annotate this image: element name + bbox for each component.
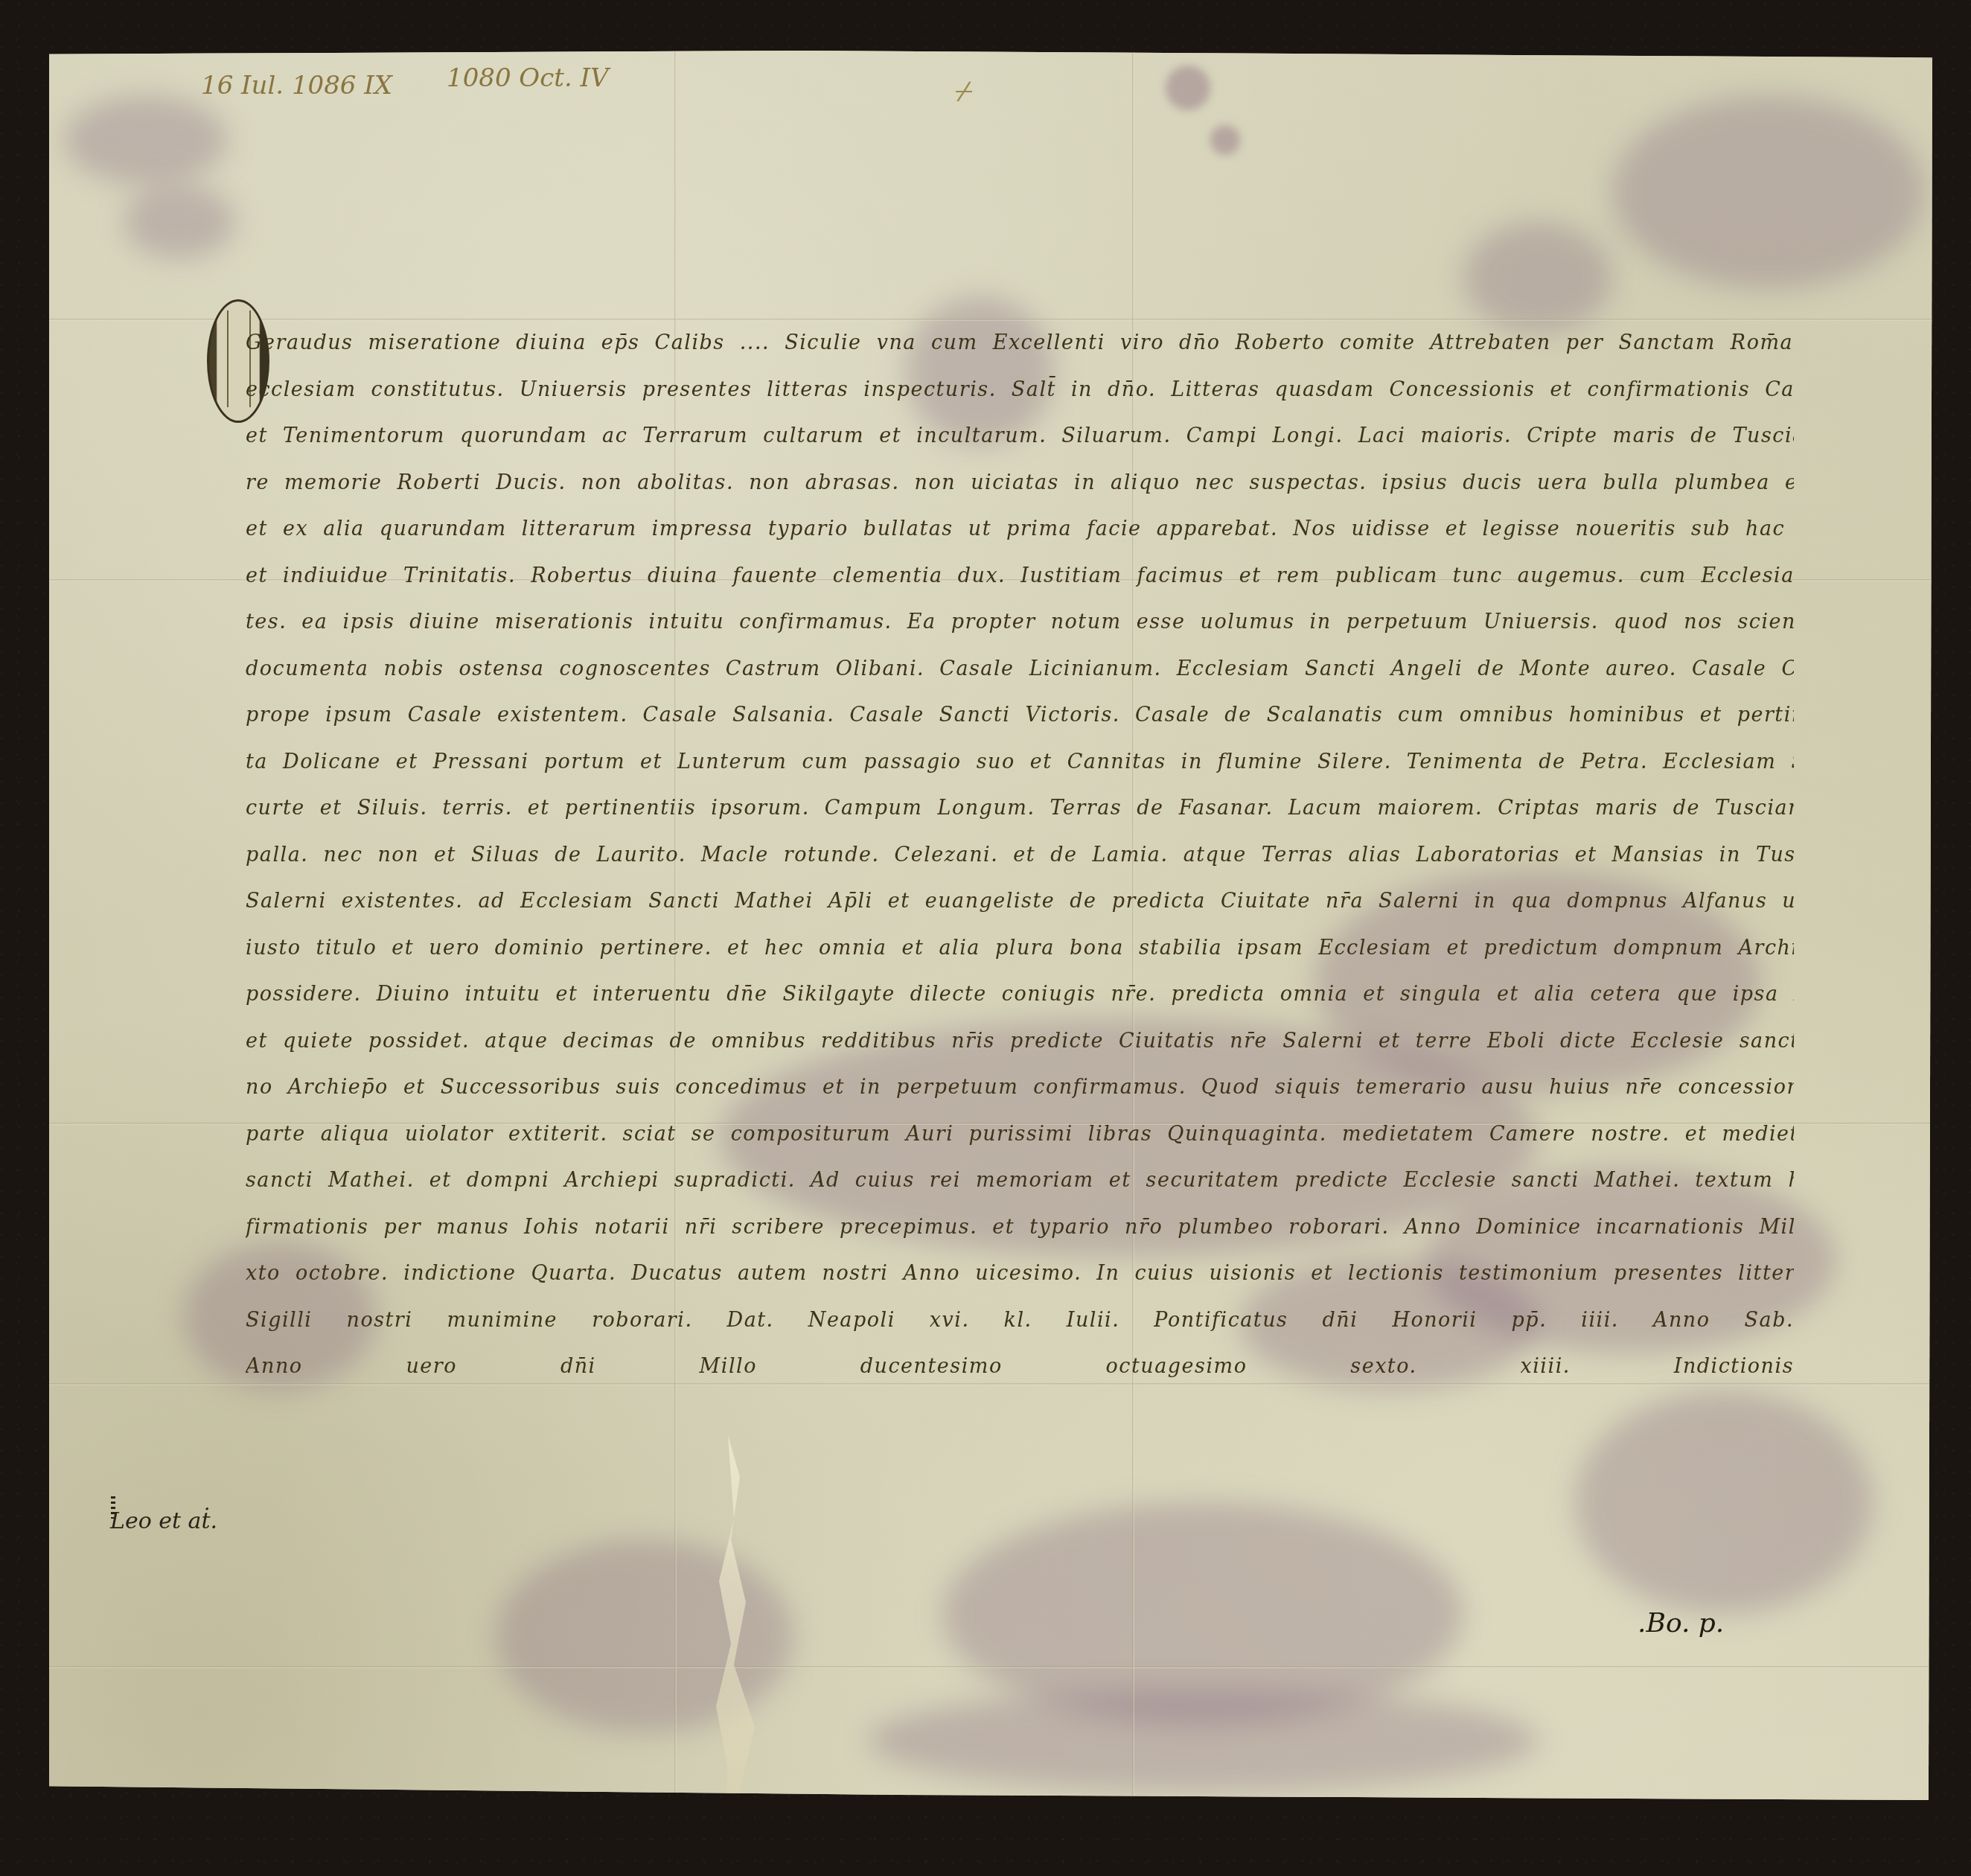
date-word: ducentesimo xyxy=(860,1344,1003,1391)
top-mark-icon: ⌿ xyxy=(955,74,973,109)
stain xyxy=(1612,95,1925,289)
stain xyxy=(124,185,235,259)
text-line: sancti Mathei. et dompni Archiepi suprad… xyxy=(246,1158,1794,1205)
text-line: tes. ea ipsis diuine miserationis intuit… xyxy=(246,599,1794,646)
signature-right: .Bo. p. xyxy=(1638,1608,1724,1639)
text-line: possidere. Diuino intuitu et interuentu … xyxy=(246,971,1794,1018)
charter-text: Geraudus miseratione diuina ep̄s Calibs … xyxy=(246,320,1794,1391)
archive-note-right: 1080 Oct. IV xyxy=(447,63,609,93)
text-line: ta Dolicane et Pressani portum et Lunter… xyxy=(246,739,1794,786)
stain xyxy=(1575,1391,1873,1614)
text-line: no Archiep̄o et Successoribus suis conce… xyxy=(246,1065,1794,1111)
text-line: Sigilli nostri munimine roborari. Dat. N… xyxy=(246,1298,1794,1344)
text-line: et quiete possidet. atque decimas de omn… xyxy=(246,1018,1794,1065)
stain xyxy=(1463,222,1612,334)
text-line: ecclesiam constitutus. Uniuersis present… xyxy=(246,367,1794,414)
text-line: et ex alia quarundam litterarum impressa… xyxy=(246,506,1794,553)
stain xyxy=(496,1540,793,1733)
text-line: palla. nec non et Siluas de Laurito. Mac… xyxy=(246,832,1794,879)
date-word: xiiii. xyxy=(1521,1344,1571,1391)
archive-note-left: 16 Iul. 1086 IX xyxy=(201,71,392,100)
text-line: iusto titulo et uero dominio pertinere. … xyxy=(246,925,1794,972)
text-line: curte et Siluis. terris. et pertinentiis… xyxy=(246,785,1794,832)
signature-left: Leo et aṫ. xyxy=(110,1508,217,1534)
final-dating-line: Anno uero dn̄i Millo ducentesimo octuage… xyxy=(246,1344,1794,1391)
text-line: firmationis per manus Iohis notarii nr̄i… xyxy=(246,1205,1794,1251)
text-line: documenta nobis ostensa cognoscentes Cas… xyxy=(246,646,1794,693)
text-line: prope ipsum Casale existentem. Casale Sa… xyxy=(246,692,1794,739)
fold-line xyxy=(49,1666,1932,1668)
stain xyxy=(1210,125,1240,155)
text-line: xto octobre. indictione Quarta. Ducatus … xyxy=(246,1251,1794,1298)
text-line: Salerni existentes. ad Ecclesiam Sancti … xyxy=(246,878,1794,925)
text-line: et Tenimentorum quorundam ac Terrarum cu… xyxy=(246,413,1794,460)
text-line: Geraudus miseratione diuina ep̄s Calibs … xyxy=(246,320,1794,367)
date-word: sexto. xyxy=(1350,1344,1416,1391)
stain xyxy=(868,1688,1538,1793)
date-word: Indictionis xyxy=(1674,1344,1794,1391)
date-word: Millo xyxy=(700,1344,757,1391)
date-word: dn̄i xyxy=(560,1344,596,1391)
date-word: uero xyxy=(406,1344,457,1391)
text-line: et indiuidue Trinitatis. Robertus diuina… xyxy=(246,553,1794,600)
text-line: re memorie Roberti Ducis. non abolitas. … xyxy=(246,460,1794,507)
stain xyxy=(1166,66,1210,110)
stain xyxy=(64,95,228,185)
date-word: octuagesimo xyxy=(1106,1344,1248,1391)
text-line: parte aliqua uiolator extiterit. sciat s… xyxy=(246,1111,1794,1158)
date-word: Anno xyxy=(246,1344,303,1391)
